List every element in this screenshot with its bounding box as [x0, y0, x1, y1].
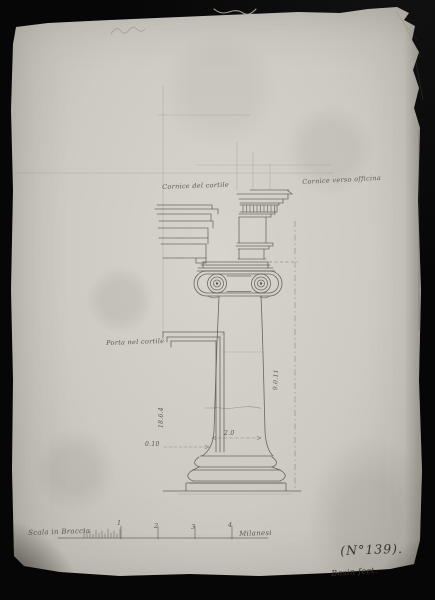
scale-tick-number: 3: [191, 523, 195, 531]
column-base: [163, 456, 301, 494]
scale-tick-number: 2: [154, 522, 158, 530]
scanned-drawing-photo: Cornice del cortile Cornice verso offici…: [0, 0, 435, 600]
door-frame: [163, 332, 224, 452]
scale-tick-number: 1: [117, 519, 121, 527]
entablature-right: [236, 190, 292, 259]
inventory-number: (N°139).: [340, 541, 403, 558]
dimension-left-vertical: 18.6.4: [158, 407, 165, 428]
entablature-left: [155, 205, 218, 263]
dimension-leader: 0.10: [145, 441, 160, 448]
scale-tick-number: 4: [228, 521, 232, 529]
ionic-capital: [194, 262, 282, 298]
dimension-lines: [164, 436, 261, 449]
reference-dash-lines: [269, 221, 298, 490]
construction-lines: [15, 86, 333, 333]
dimension-right-vertical: 9.0.11: [272, 369, 280, 390]
column-shaft: [202, 296, 273, 456]
scale-bar-unit-label: Milanesi: [239, 529, 272, 538]
dimension-shaft-width: 2.0: [224, 430, 234, 437]
ionic-order-drawing: [0, 0, 435, 600]
